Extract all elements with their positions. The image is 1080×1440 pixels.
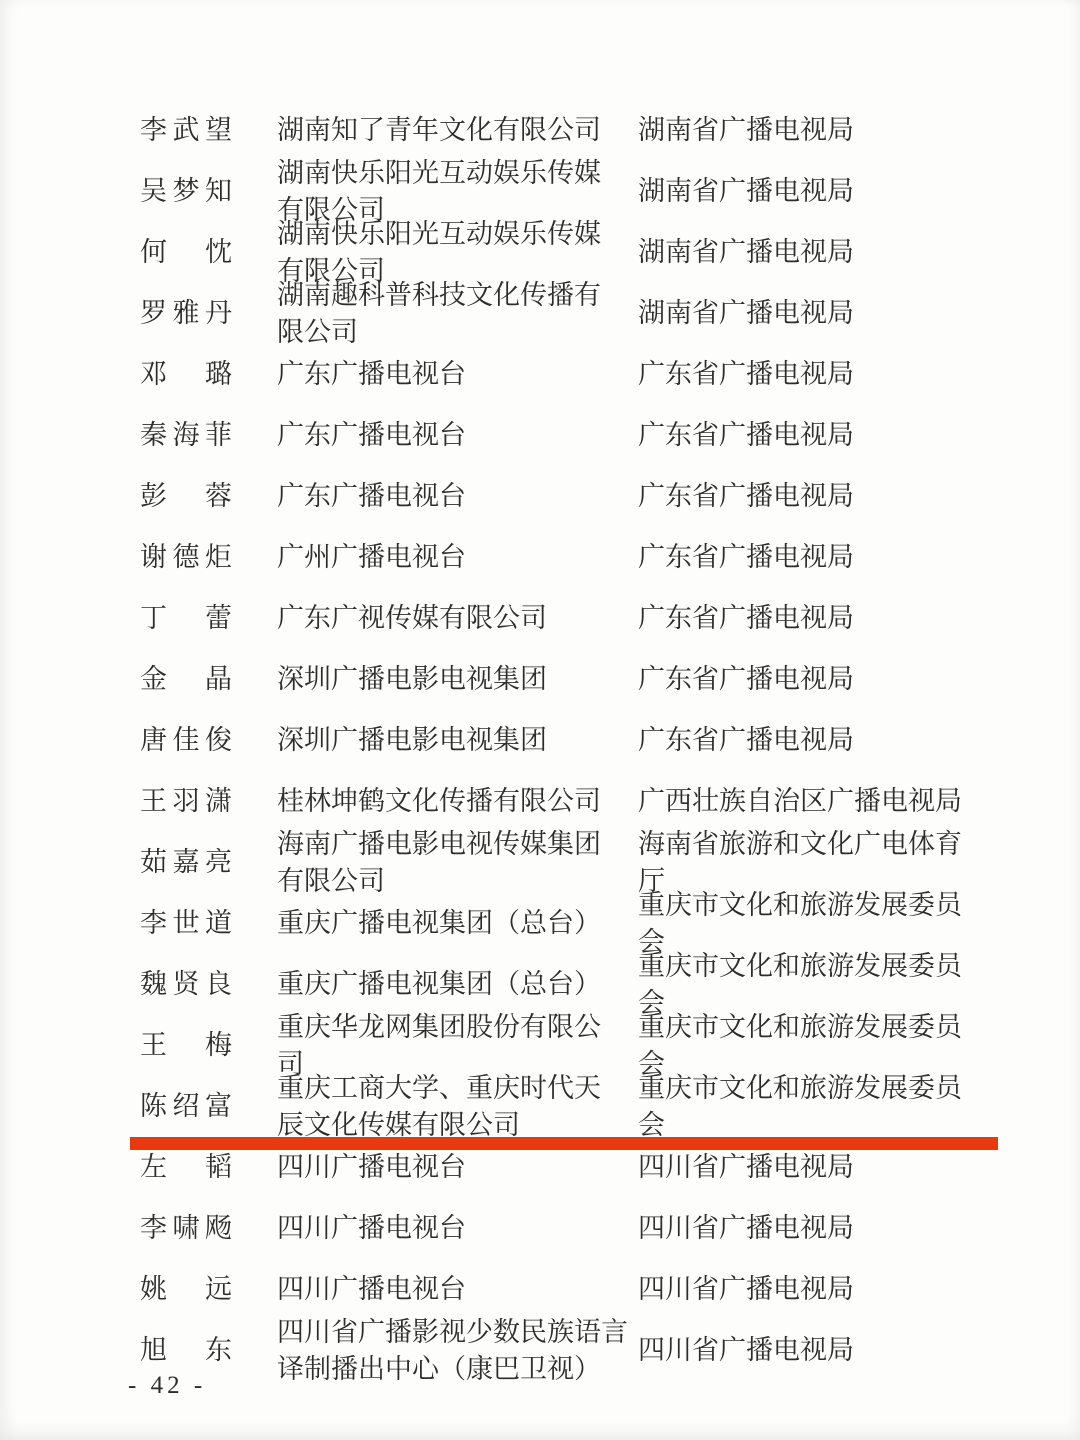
name-cell: 王羽潇 [140,783,232,820]
table-row: 魏贤良 重庆广播电视集团（总台） 重庆市文化和旅游发展委员 会 [0,954,1080,1015]
company-cell: 桂林坤鹤文化传播有限公司 [277,783,633,820]
name-cell: 茹嘉亮 [140,844,232,881]
bureau-cell: 四川省广播电视局 [638,1210,988,1247]
company-cell: 湖南趣科普科技文化传播有 限公司 [277,277,633,351]
table-row: 茹嘉亮 海南广播电影电视传媒集团 有限公司 海南省旅游和文化广电体育 厅 [0,832,1080,893]
name-cell: 谢德炬 [140,539,232,576]
name-cell: 左韬 [140,1149,232,1186]
page-number: - 42 - [128,1372,206,1400]
bureau-cell: 广东省广播电视局 [638,600,988,637]
table-row: 丁蕾 广东广视传媒有限公司 广东省广播电视局 [0,588,1080,649]
name-cell: 吴梦知 [140,173,232,210]
table-row: 何忱 湖南快乐阳光互动娱乐传媒 有限公司 湖南省广播电视局 [0,222,1080,283]
name-cell: 何忱 [140,234,232,271]
name-cell: 罗雅丹 [140,295,232,332]
company-cell: 广州广播电视台 [277,539,633,576]
bureau-cell: 四川省广播电视局 [638,1332,988,1369]
company-cell: 广东广播电视台 [277,478,633,515]
company-cell: 四川广播电视台 [277,1149,633,1186]
bureau-cell: 广东省广播电视局 [638,417,988,454]
table-row: 王梅 重庆华龙网集团股份有限公 司 重庆市文化和旅游发展委员 会 [0,1015,1080,1076]
bureau-cell: 广东省广播电视局 [638,356,988,393]
table-row: 秦海菲 广东广播电视台 广东省广播电视局 [0,405,1080,466]
bureau-cell: 重庆市文化和旅游发展委员 会 [638,1070,988,1144]
name-cell: 旭东 [140,1332,232,1369]
personnel-table: 李武望 湖南知了青年文化有限公司 湖南省广播电视局 吴梦知 湖南快乐阳光互动娱乐… [0,100,1080,1381]
table-row: 谢德炬 广州广播电视台 广东省广播电视局 [0,527,1080,588]
table-row: 彭蓉 广东广播电视台 广东省广播电视局 [0,466,1080,527]
name-cell: 李武望 [140,112,232,149]
bureau-cell: 广西壮族自治区广播电视局 [638,783,988,820]
company-cell: 广东广播电视台 [277,356,633,393]
name-cell: 唐佳俊 [140,722,232,759]
bureau-cell: 四川省广播电视局 [638,1149,988,1186]
company-cell: 广东广视传媒有限公司 [277,600,633,637]
company-cell: 重庆工商大学、重庆时代天 辰文化传媒有限公司 [277,1070,633,1144]
name-cell: 李啸飏 [140,1210,232,1247]
table-row: 唐佳俊 深圳广播电影电视集团 广东省广播电视局 [0,710,1080,771]
bureau-cell: 广东省广播电视局 [638,478,988,515]
name-cell: 丁蕾 [140,600,232,637]
company-cell: 四川广播电视台 [277,1210,633,1247]
company-cell: 四川省广播影视少数民族语言 译制播出中心（康巴卫视） [277,1314,633,1388]
document-page: 李武望 湖南知了青年文化有限公司 湖南省广播电视局 吴梦知 湖南快乐阳光互动娱乐… [0,0,1080,1440]
table-row: 姚远 四川广播电视台 四川省广播电视局 [0,1259,1080,1320]
bureau-cell: 广东省广播电视局 [638,722,988,759]
bureau-cell: 湖南省广播电视局 [638,173,988,210]
name-cell: 邓璐 [140,356,232,393]
highlight-underline [130,1137,998,1150]
company-cell: 湖南知了青年文化有限公司 [277,112,633,149]
table-row: 金晶 深圳广播电影电视集团 广东省广播电视局 [0,649,1080,710]
bureau-cell: 四川省广播电视局 [638,1271,988,1308]
name-cell: 秦海菲 [140,417,232,454]
company-cell: 重庆广播电视集团（总台） [277,966,633,1003]
name-cell: 王梅 [140,1027,232,1064]
name-cell: 陈绍富 [140,1088,232,1125]
name-cell: 李世道 [140,905,232,942]
table-row: 邓璐 广东广播电视台 广东省广播电视局 [0,344,1080,405]
table-row: 李啸飏 四川广播电视台 四川省广播电视局 [0,1198,1080,1259]
company-cell: 深圳广播电影电视集团 [277,722,633,759]
table-row: 王羽潇 桂林坤鹤文化传播有限公司 广西壮族自治区广播电视局 [0,771,1080,832]
bureau-cell: 湖南省广播电视局 [638,295,988,332]
company-cell: 海南广播电影电视传媒集团 有限公司 [277,826,633,900]
company-cell: 四川广播电视台 [277,1271,633,1308]
table-row: 李世道 重庆广播电视集团（总台） 重庆市文化和旅游发展委员 会 [0,893,1080,954]
table-row: 陈绍富 重庆工商大学、重庆时代天 辰文化传媒有限公司 重庆市文化和旅游发展委员 … [0,1076,1080,1137]
company-cell: 深圳广播电影电视集团 [277,661,633,698]
table-row: 李武望 湖南知了青年文化有限公司 湖南省广播电视局 [0,100,1080,161]
name-cell: 姚远 [140,1271,232,1308]
table-row: 罗雅丹 湖南趣科普科技文化传播有 限公司 湖南省广播电视局 [0,283,1080,344]
bureau-cell: 湖南省广播电视局 [638,234,988,271]
table-row: 吴梦知 湖南快乐阳光互动娱乐传媒 有限公司 湖南省广播电视局 [0,161,1080,222]
company-cell: 重庆广播电视集团（总台） [277,905,633,942]
bureau-cell: 湖南省广播电视局 [638,112,988,149]
name-cell: 彭蓉 [140,478,232,515]
name-cell: 魏贤良 [140,966,232,1003]
company-cell: 广东广播电视台 [277,417,633,454]
name-cell: 金晶 [140,661,232,698]
bureau-cell: 广东省广播电视局 [638,539,988,576]
bureau-cell: 广东省广播电视局 [638,661,988,698]
